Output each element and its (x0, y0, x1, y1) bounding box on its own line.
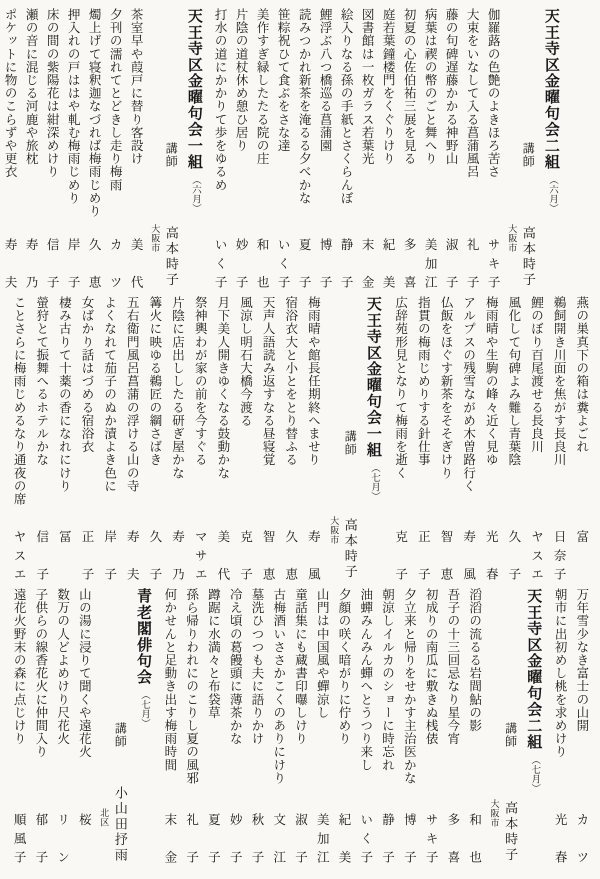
author-name: ヤスエ (529, 530, 542, 580)
author-name: サキ子 (424, 813, 437, 863)
haiku-text: 風化して句碑よみ難し青葉陰 (507, 296, 520, 466)
haiku-text: 伽羅蕗の色艶のよきほろ苦さ (486, 8, 499, 178)
author-name: 静子 (380, 813, 393, 863)
haiku-text: ポケットに物のこらずや更衣 (3, 8, 16, 178)
haiku-text: 瀬の音に混じる河鹿や旅枕 (24, 8, 37, 165)
author-name: 美加江 (315, 813, 328, 863)
haiku-entry: 絵入りなる孫の手紙とさくらんぼ静子 (335, 8, 356, 288)
author-name: 順風子 (12, 813, 25, 863)
author-name: 和也 (467, 813, 480, 863)
haiku-entry: 夕刊の濡れてとどきし走り梅雨カツ (104, 8, 125, 288)
haiku-entry: 夕立来と帰りをせかす主治医かな博子 (398, 588, 419, 863)
author-name: 克子 (238, 530, 251, 580)
city-column: 大阪市 (149, 8, 160, 288)
haiku-entry: 指貫の梅雨じめりする針仕事正子 (412, 296, 433, 580)
haiku-text: 絵入りなる孫の手紙とさくらんぼ (339, 8, 352, 205)
haiku-entry: 初成りの南瓜に敷きぬ桟俵サキ子 (420, 588, 441, 863)
section-title: 天王寺区金曜句会一組 (365, 296, 381, 458)
haiku-band-top: 天王寺区金曜句会二組（六月）講師高本時子大阪市伽羅蕗の色艶のよきほろ苦さサキ子大… (8, 8, 592, 288)
haiku-text: 片陰に店出ししたる研ぎ屋かな (170, 296, 183, 479)
lecturer-column: 講師高本時子 (160, 8, 182, 288)
section-header: 天王寺区金曜句会一組（七月）講師高本時子大阪市 (328, 296, 385, 580)
author-name: 博子 (402, 813, 415, 863)
lecturer-label: 講師 (504, 722, 517, 748)
author-name: 紀美 (337, 813, 350, 863)
haiku-entry: 燭上げて寝釈迦なづれば梅雨じめり久恵 (83, 8, 104, 288)
haiku-entry: 笹粽祝ひて食ぶをさな達いく子 (272, 8, 293, 288)
haiku-text: 鯉浮ぶ八つ橋巡る菖蒲園 (318, 8, 331, 152)
author-name: 日奈子 (552, 530, 565, 580)
section-title: 天王寺区金曜句会一組 (186, 8, 202, 170)
haiku-text: ことさらに梅雨じめるなり通夜の席 (12, 296, 25, 506)
haiku-entry: 祭神輿わが家の前を今すぐるマサエ (189, 296, 210, 580)
author-name: いく子 (276, 238, 289, 288)
haiku-entry: 滔滔の流るる岩間鮎の影和也 (464, 588, 485, 863)
haiku-entry: 片陰の道杖休め憩ひ居り妙子 (230, 8, 251, 288)
haiku-entry: よくなれて茄子のぬか漬よき色に岸子 (99, 296, 120, 580)
author-name: 久恵 (284, 530, 297, 580)
author-name: 克子 (394, 530, 407, 580)
haiku-text: 燭上げて寝釈迦なづれば梅雨じめり (87, 8, 100, 218)
haiku-entry: 篝火に映ゆる鵜匠の綱さばき久子 (144, 296, 165, 580)
haiku-text: 図書館は一枚ガラス若葉光 (360, 8, 373, 165)
haiku-entry: 片陰に店出ししたる研ぎ屋かな寿乃 (166, 296, 187, 580)
haiku-text: 梅雨晴や館長任期終へませり (306, 296, 319, 466)
haiku-entry: 万年雪少なき富士の山開カツ (571, 588, 592, 863)
haiku-text: 押入れの戸ははや軋む梅雨じめり (66, 8, 79, 205)
haiku-entry: 読みつかれ新茶を淹るる夕べかな夏子 (293, 8, 314, 288)
haiku-entry: 吾子の十三回忌なり星今宵多喜 (442, 588, 463, 863)
haiku-text: 山の湯に浸りて聞くや遠花火 (77, 588, 90, 758)
author-name: 寿風 (306, 530, 319, 580)
haiku-text: 墓洗ひつつも夫に語りかけ (250, 588, 263, 745)
lecturer-label: 講師 (522, 142, 535, 168)
haiku-entry: 朝市に出初めし桃を求めけり光春 (549, 588, 570, 863)
haiku-entry: 広辞苑形見となりて梅雨を逝く克子 (390, 296, 411, 580)
lecturer-name: 高本時子 (164, 226, 178, 288)
section-title-column: 天王寺区金曜句会一組（六月） (182, 8, 206, 288)
author-name: 淑子 (293, 813, 306, 863)
section-title: 天王寺区金曜句会二組 (543, 8, 559, 170)
haiku-entry: 大束をいなして入る菖蒲風呂礼子 (461, 8, 482, 288)
lecturer-column: 講師小山田抒雨 (109, 588, 131, 863)
haiku-text: 藤の句碑遅藤かかる神野山 (444, 8, 457, 165)
author-name: 秋子 (250, 813, 263, 863)
haiku-text: 茶室早や葭戸に替り客設け (129, 8, 142, 165)
haiku-entry: 孫ら帰りわれにのこりし夏の風邪礼子 (181, 588, 202, 863)
author-name: 末金 (360, 238, 373, 288)
haiku-entry: 蹲踞に水満々と布袋草夏子 (202, 588, 223, 863)
haiku-entry: 女ばかり話はづめる宿浴衣正子 (76, 296, 97, 580)
city-label: 大阪市 (507, 224, 516, 253)
haiku-text: 風涼し明石大橋今渡る (238, 296, 251, 427)
section-title: 青老閣俳句会 (135, 588, 151, 685)
haiku-entry: ポケットに物のこらずや更衣寿夫 (0, 8, 20, 288)
haiku-entry: 鯉のぼり百尾渡せる長良川ヤスエ (525, 296, 546, 580)
haiku-text: 山門は中国風や蟬涼し (315, 588, 328, 719)
haiku-entry: 美作すぎ緑したたる院の庄和也 (251, 8, 272, 288)
haiku-text: 大束をいなして入る菖蒲風呂 (465, 8, 478, 178)
haiku-text: 打水の道にかかりて歩をゆるめ (213, 8, 226, 191)
author-name: 信子 (45, 238, 58, 288)
haiku-entry: 天声人語読み返すなる昼寝覚智恵 (257, 296, 278, 580)
author-name: 正子 (80, 530, 93, 580)
author-name: 寿風 (461, 530, 474, 580)
haiku-text: よくなれて茄子のぬか漬よき色に (103, 296, 116, 493)
author-name: 桜 (77, 813, 90, 863)
haiku-text: 祭神輿わが家の前を今すぐる (193, 296, 206, 466)
haiku-entry: 五右衛門風呂菖蒲の浮ける山の寺寿夫 (121, 296, 142, 580)
haiku-text: 滔滔の流るる岩間鮎の影 (467, 588, 480, 732)
author-name: 冨 (57, 530, 70, 580)
haiku-text: 鵜飼開き川面を焦がす長良川 (552, 296, 565, 466)
author-name: 富 (575, 530, 588, 580)
author-name: 智恵 (439, 530, 452, 580)
author-name: 美代 (216, 530, 229, 580)
haiku-text: 朝市に出初めし桃を求めけり (553, 588, 566, 758)
haiku-entry: 遠花火野末の森に点じけり順風子 (8, 588, 29, 863)
haiku-band-bottom: 万年雪少なき富士の山開カツ朝市に出初めし桃を求めけり光春天王寺区金曜句会二組（七… (8, 588, 592, 863)
author-name: 郁子 (34, 813, 47, 863)
haiku-text: 鯉のぼり百尾渡せる長良川 (529, 296, 542, 453)
author-name: 礼子 (465, 238, 478, 288)
haiku-entry: 童話集にも蔵書印曝しけり淑子 (289, 588, 310, 863)
haiku-text: 童話集にも蔵書印曝しけり (293, 588, 306, 745)
haiku-entry: 風化して句碑よみ難し青葉陰久子 (503, 296, 524, 580)
haiku-entry: 茶室早や葭戸に替り客設け美代 (125, 8, 146, 288)
lecturer-name: 高本時子 (343, 518, 357, 580)
haiku-text: 五右衛門風呂菖蒲の浮ける山の寺 (125, 296, 138, 493)
haiku-text: 床の間の紫陽花は紺深めけり (45, 8, 58, 178)
lecturer-name: 高本時子 (504, 801, 518, 863)
haiku-text: 篝火に映ゆる鵜匠の綱さばき (148, 296, 161, 466)
author-name: 淑子 (444, 238, 457, 288)
author-name: 紀美 (381, 238, 394, 288)
section-period: （七月） (138, 690, 148, 728)
haiku-text: 読みつかれ新茶を淹るる夕べかな (297, 8, 310, 205)
author-name: マサエ (193, 530, 206, 580)
city-label: 大阪市 (489, 799, 498, 828)
haiku-entry: 古梅酒いささかこくのありにけり文江 (268, 588, 289, 863)
haiku-entry: 伽羅蕗の色艶のよきほろ苦さサキ子 (482, 8, 503, 288)
author-name: 信子 (35, 530, 48, 580)
author-name: ヤスエ (12, 530, 25, 580)
haiku-entry: 数万の人どよめけり尺花火リン (52, 588, 73, 863)
section-header: 天王寺区金曜句会二組（六月）講師高本時子大阪市 (506, 8, 563, 288)
haiku-entry: 鯉浮ぶ八つ橋巡る菖蒲園博子 (314, 8, 335, 288)
author-name: 久恵 (87, 238, 100, 288)
author-name: 寿夫 (3, 238, 16, 288)
lecturer-column: 講師高本時子 (499, 588, 521, 863)
author-name: 末金 (163, 813, 176, 863)
haiku-entry: アルプスの残雪ながめ木曽路行く寿風 (458, 296, 479, 580)
haiku-text: 月下美人開きゆくなる鼓動かな (216, 296, 229, 479)
author-name: 久子 (148, 530, 161, 580)
haiku-entry: 風涼し明石大橋今渡る克子 (234, 296, 255, 580)
haiku-text: 朝涼しイルカのショーに時忘れ (380, 588, 393, 771)
lecturer-name: 高本時子 (521, 226, 535, 288)
haiku-text: 仏飯をほぐす新茶をそそぎけり (439, 296, 452, 479)
haiku-band-middle: 燕の巣真下の箱は糞よごれ富鵜飼開き川面を焦がす長良川日奈子鯉のぼり百尾渡せる長良… (8, 296, 592, 580)
city-column: 大阪市 (328, 296, 339, 580)
lecturer-label: 講師 (165, 142, 178, 168)
author-name: カツ (575, 813, 588, 863)
haiku-text: 宿浴衣大と小とをとり替ふる (284, 296, 297, 466)
haiku-entry: 鵜飼開き川面を焦がす長良川日奈子 (548, 296, 569, 580)
section-title-column: 天王寺区金曜句会二組（七月） (521, 588, 545, 863)
lecturer-name: 小山田抒雨 (113, 786, 127, 864)
author-name: 智恵 (261, 530, 274, 580)
lecturer-column: 講師高本時子 (339, 296, 361, 580)
haiku-text: 初成りの南瓜に敷きぬ桟俵 (424, 588, 437, 745)
haiku-text: 何かせんと足動き出す梅雨時間 (163, 588, 176, 771)
haiku-entry: 梅雨晴や生駒の峰々近く見ゆ光春 (480, 296, 501, 580)
author-name: 美代 (129, 238, 142, 288)
author-name: 美加江 (423, 238, 436, 288)
haiku-text: 遠花火野末の森に点じけり (12, 588, 25, 745)
author-name: 寿乃 (24, 238, 37, 288)
haiku-text: 夕刊の濡れてとどきし走り梅雨 (108, 8, 121, 191)
section-title-column: 天王寺区金曜句会一組（七月） (361, 296, 385, 580)
haiku-entry: 藤の句碑遅藤かかる神野山淑子 (440, 8, 461, 288)
haiku-text: 梅雨晴や生駒の峰々近く見ゆ (484, 296, 497, 466)
haiku-entry: 燕の巣真下の箱は糞よごれ富 (571, 296, 592, 580)
author-name: 岸子 (103, 530, 116, 580)
haiku-entry: 朝涼しイルカのショーに時忘れ静子 (376, 588, 397, 863)
lecturer-label: 講師 (114, 722, 127, 748)
haiku-entry: 押入れの戸ははや軋む梅雨じめり岸子 (62, 8, 83, 288)
haiku-text: 病葉は禊の幣のごと舞へり (423, 8, 436, 165)
haiku-entry: 打水の道にかかりて歩をゆるめいく子 (209, 8, 230, 288)
author-name: 妙子 (228, 813, 241, 863)
haiku-text: 燕の巣真下の箱は糞よごれ (575, 296, 588, 453)
haiku-entry: 何かせんと足動き出す梅雨時間末金 (159, 588, 180, 863)
haiku-entry: 月下美人開きゆくなる鼓動かな美代 (212, 296, 233, 580)
haiku-text: 指貫の梅雨じめりする針仕事 (416, 296, 429, 466)
author-name: いく子 (359, 813, 372, 863)
haiku-text: 夕顔の咲く暗がりに佇めり (337, 588, 350, 745)
haiku-text: 子供らの線香花火に仲間入り (34, 588, 47, 758)
author-name: 正子 (416, 530, 429, 580)
haiku-entry: 瀬の音に混じる河鹿や旅枕寿乃 (20, 8, 41, 288)
author-name: 文江 (272, 813, 285, 863)
haiku-text: 初夏の心佐伯祐三展を見る (402, 8, 415, 165)
author-name: 寿乃 (170, 530, 183, 580)
author-name: サキ子 (486, 238, 499, 288)
author-name: 光春 (553, 813, 566, 863)
section-period: （七月） (368, 463, 378, 501)
haiku-text: 広辞苑形見となりて梅雨を逝く (394, 296, 407, 479)
haiku-text: 夕立来と帰りをせかす主治医かな (402, 588, 415, 785)
haiku-entry: 冷え頃の葛饅頭に薄茶かな妙子 (224, 588, 245, 863)
section-header: 青老閣俳句会（七月）講師小山田抒雨北区 (98, 588, 155, 863)
author-name: 博子 (318, 238, 331, 288)
author-name: 夏子 (206, 813, 219, 863)
haiku-text: 吾子の十三回忌なり星今宵 (446, 588, 459, 745)
lecturer-label: 講師 (344, 430, 357, 456)
haiku-entry: 仏飯をほぐす新茶をそそぎけり智恵 (435, 296, 456, 580)
author-name: いく子 (213, 238, 226, 288)
section-header: 天王寺区金曜句会一組（六月）講師高本時子大阪市 (149, 8, 206, 288)
haiku-entry: 螢狩とて振舞へるホテルかな信子 (31, 296, 52, 580)
haiku-entry: ことさらに梅雨じめるなり通夜の席ヤスエ (8, 296, 29, 580)
section-title: 天王寺区金曜句会二組 (525, 588, 541, 750)
haiku-entry: 庭若葉鐘楼門をくぐりけり紀美 (377, 8, 398, 288)
haiku-text: アルプスの残雪ながめ木曽路行く (461, 296, 474, 493)
haiku-entry: 病葉は禊の幣のごと舞へり美加江 (419, 8, 440, 288)
city-label: 北区 (99, 808, 108, 827)
haiku-text: 孫ら帰りわれにのこりし夏の風邪 (185, 588, 198, 785)
section-period: （七月） (528, 755, 538, 793)
haiku-text: 万年雪少なき富士の山開 (575, 588, 588, 732)
haiku-entry: 床の間の紫陽花は紺深めけり信子 (41, 8, 62, 288)
author-name: 礼子 (185, 813, 198, 863)
haiku-entry: 棲み古りて十薬の香になれにけり冨 (53, 296, 74, 580)
haiku-text: 数万の人どよめけり尺花火 (55, 588, 68, 745)
author-name: 多喜 (446, 813, 459, 863)
haiku-entry: 図書館は一枚ガラス若葉光末金 (356, 8, 377, 288)
haiku-text: 庭若葉鐘楼門をくぐりけり (381, 8, 394, 165)
author-name: 多喜 (402, 238, 415, 288)
haiku-text: 蹲踞に水満々と布袋草 (206, 588, 219, 719)
haiku-entry: 夕顔の咲く暗がりに佇めり紀美 (333, 588, 354, 863)
haiku-text: 油蟬みんみん蟬へとうつり来し (359, 588, 372, 771)
city-label: 大阪市 (329, 516, 338, 545)
haiku-entry: 油蟬みんみん蟬へとうつり来しいく子 (355, 588, 376, 863)
section-period: （六月） (546, 175, 556, 213)
section-period: （六月） (189, 175, 199, 213)
city-column: 北区 (98, 588, 109, 863)
author-name: 夏子 (297, 238, 310, 288)
haiku-entry: 墓洗ひつつも夫に語りかけ秋子 (246, 588, 267, 863)
haiku-text: 女ばかり話はづめる宿浴衣 (80, 296, 93, 453)
author-name: 久子 (507, 530, 520, 580)
author-name: 妙子 (234, 238, 247, 288)
haiku-text: 美作すぎ緑したたる院の庄 (255, 8, 268, 165)
author-name: 静子 (339, 238, 352, 288)
haiku-entry: 山の湯に浸りて聞くや遠花火桜 (73, 588, 94, 863)
haiku-text: 天声人語読み返すなる昼寝覚 (261, 296, 274, 466)
author-name: 寿夫 (125, 530, 138, 580)
haiku-entry: 子供らの線香花火に仲間入り郁子 (30, 588, 51, 863)
author-name: リン (55, 813, 68, 863)
haiku-text: 冷え頃の葛饅頭に薄茶かな (228, 588, 241, 745)
haiku-text: 棲み古りて十薬の香になれにけり (57, 296, 70, 493)
haiku-entry: 梅雨晴や館長任期終へませり寿風 (302, 296, 323, 580)
city-column: 大阪市 (506, 8, 517, 288)
section-title-column: 天王寺区金曜句会二組（六月） (539, 8, 563, 288)
section-title-column: 青老閣俳句会（七月） (131, 588, 155, 863)
section-header: 天王寺区金曜句会二組（七月）講師高本時子大阪市 (488, 588, 545, 863)
haiku-text: 笹粽祝ひて食ぶをさな達 (276, 8, 289, 152)
haiku-entry: 初夏の心佐伯祐三展を見る多喜 (398, 8, 419, 288)
haiku-entry: 宿浴衣大と小とをとり替ふる久恵 (280, 296, 301, 580)
city-label: 大阪市 (150, 224, 159, 253)
author-name: 和也 (255, 238, 268, 288)
lecturer-column: 講師高本時子 (517, 8, 539, 288)
author-name: 岸子 (66, 238, 79, 288)
haiku-text: 螢狩とて振舞へるホテルかな (35, 296, 48, 466)
scanned-haiku-page: 天王寺区金曜句会二組（六月）講師高本時子大阪市伽羅蕗の色艶のよきほろ苦さサキ子大… (0, 0, 600, 879)
haiku-entry: 山門は中国風や蟬涼し美加江 (311, 588, 332, 863)
haiku-text: 古梅酒いささかこくのありにけり (272, 588, 285, 785)
author-name: 光春 (484, 530, 497, 580)
haiku-text: 片陰の道杖休め憩ひ居り (234, 8, 247, 152)
city-column: 大阪市 (488, 588, 499, 863)
author-name: カツ (108, 238, 121, 288)
